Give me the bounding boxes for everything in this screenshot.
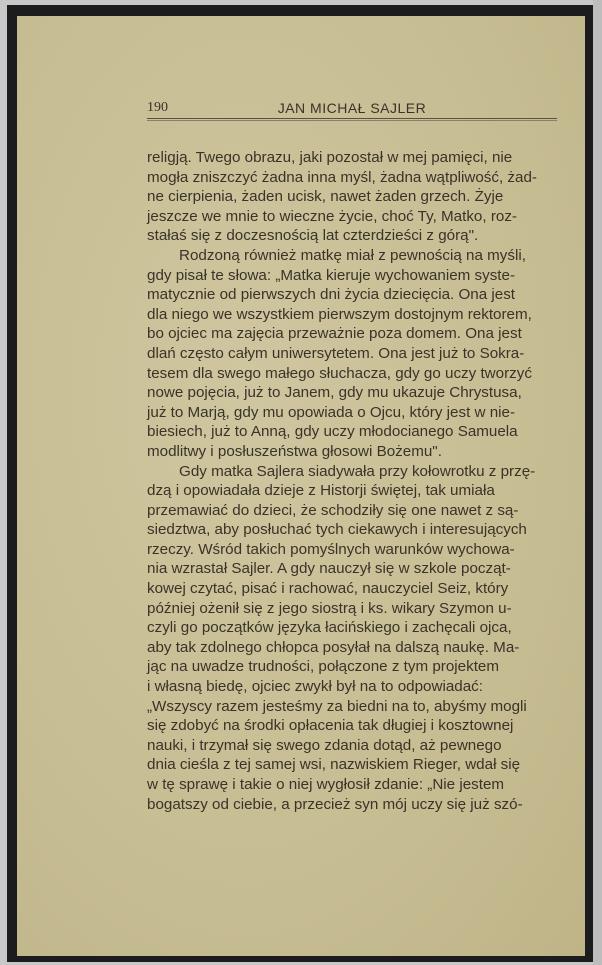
text-line: jeszcze we mnie to wieczne życie, choć T… — [147, 207, 558, 227]
text-line: przemawiać do dzieci, że schodziły się o… — [147, 501, 558, 521]
text-line: nowe pojęcia, już to Janem, gdy mu ukazu… — [147, 383, 558, 403]
body-text: religją. Twego obrazu, jaki pozostał w m… — [147, 148, 558, 814]
text-line: nauki, i trzymał się swego zdania dotąd,… — [147, 736, 558, 756]
text-line: „Wszyscy razem jesteśmy za biedni na to,… — [147, 697, 558, 717]
text-line: matycznie od pierwszych dni życia dzieci… — [147, 285, 558, 305]
header-rule — [147, 118, 557, 121]
text-line: siedztwa, aby posłuchać tych ciekawych i… — [147, 520, 558, 540]
text-line: religją. Twego obrazu, jaki pozostał w m… — [147, 148, 558, 168]
text-line: w tę sprawę i takie o niej wygłosił zdan… — [147, 775, 558, 795]
text-line: rzeczy. Wśród takich pomyślnych warunków… — [147, 540, 558, 560]
text-line: gdy pisał te słowa: „Matka kieruje wycho… — [147, 266, 558, 286]
text-line: później ożenił się z jego siostrą i ks. … — [147, 599, 558, 619]
running-title: JAN MICHAŁ SAJLER — [147, 100, 557, 116]
text-line: już to Marją, gdy mu opowiada o Ojcu, kt… — [147, 403, 558, 423]
text-line: Rodzoną również matkę miał z pewnością n… — [147, 246, 558, 266]
text-line: bogatszy od ciebie, a przecież syn mój u… — [147, 795, 558, 815]
text-line: stałaś się z doczesnością lat czterdzieś… — [147, 226, 558, 246]
text-line: ne cierpienia, żaden ucisk, nawet żaden … — [147, 187, 558, 207]
text-line: biesiech, już to Anną, gdy uczy młodocia… — [147, 422, 558, 442]
text-line: i własną biedę, ojciec zwykł był na to o… — [147, 677, 558, 697]
text-line: się zdobyć na środki opłacenia tak długi… — [147, 716, 558, 736]
text-line: jąc na uwadze trudności, połączone z tym… — [147, 657, 558, 677]
text-line: mogła zniszczyć żadna inna myśl, żadna w… — [147, 168, 558, 188]
text-line: modlitwy i posłuszeństwa głosowi Bożemu"… — [147, 442, 558, 462]
text-line: czyli go początków języka łacińskiego i … — [147, 618, 558, 638]
text-line: nia wzrastał Sajler. A gdy nauczył się w… — [147, 559, 558, 579]
scan-edge — [593, 0, 602, 965]
text-line: dlań często całym uniwersytetem. Ona jes… — [147, 344, 558, 364]
text-line: dzą i opowiadała dzieje z Historji święt… — [147, 481, 558, 501]
text-line: Gdy matka Sajlera siadywała przy kołowro… — [147, 462, 558, 482]
text-line: bo ojciec ma zajęcia przeważnie poza dom… — [147, 324, 558, 344]
text-line: aby tak zdolnego chłopca posyłał na dals… — [147, 638, 558, 658]
text-line: tesem dla swego małego słuchacza, gdy go… — [147, 364, 558, 384]
text-line: kowej czytać, pisać i rachować, nauczyci… — [147, 579, 558, 599]
text-line: dla niego we wszystkiem pierwszym dostoj… — [147, 305, 558, 325]
text-line: dnia cieśla z tej samej wsi, nazwiskiem … — [147, 755, 558, 775]
page-header: 190 JAN MICHAŁ SAJLER — [147, 100, 557, 120]
